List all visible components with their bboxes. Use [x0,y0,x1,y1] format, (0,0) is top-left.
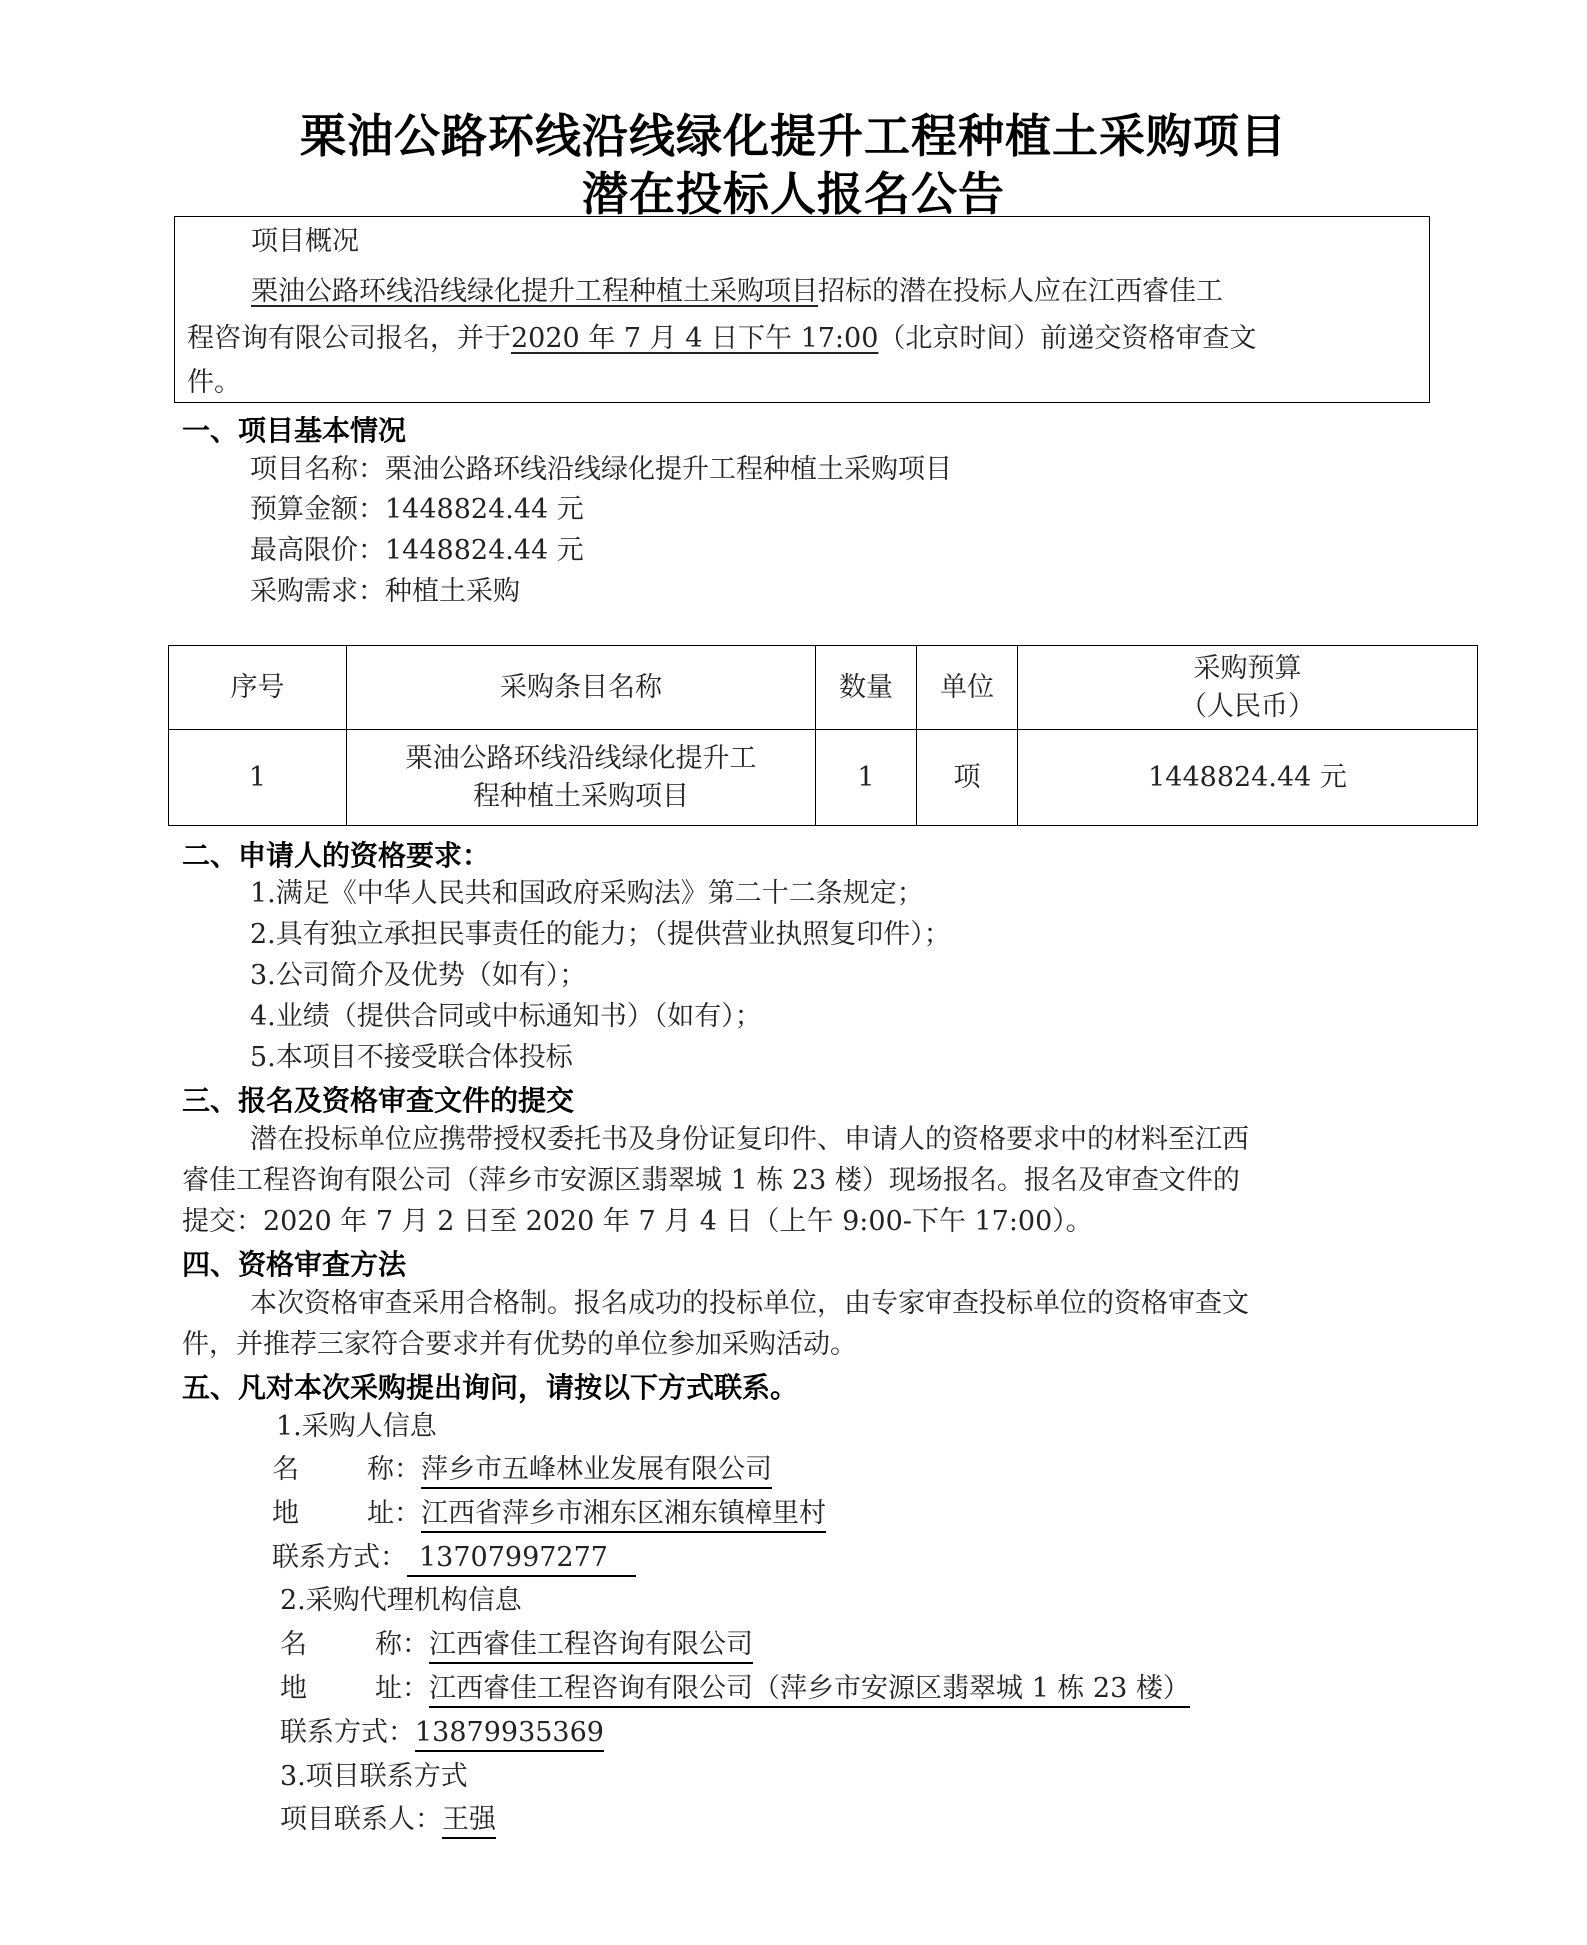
overview-line3: 件。 [187,360,241,399]
cell-quantity: 1 [816,730,917,826]
project-contact-name: 王强 [442,1803,496,1839]
field-project-name: 项目名称：栗油公路环线沿线绿化提升工程种植土采购项目 [250,450,952,490]
requirement-item-3: 3.公司简介及优势（如有）； [250,956,586,996]
submission-line2: 睿佳工程咨询有限公司（萍乡市安源区翡翠城 1 栋 23 楼）现场报名。报名及审查… [182,1161,1240,1201]
document-title-line2: 潜在投标人报名公告 [0,158,1587,224]
review-method-line1: 本次资格审查采用合格制。报名成功的投标单位，由专家审查投标单位的资格审查文 [250,1284,1249,1324]
purchaser-address: 江西省萍乡市湘东区湘东镇樟里村 [421,1497,826,1533]
submission-line1: 潜在投标单位应携带授权委托书及身份证复印件、申请人的资格要求中的材料至江西 [250,1120,1249,1160]
table-header-row: 序号 采购条目名称 数量 单位 采购预算 （人民币） [169,646,1478,730]
requirement-item-2: 2.具有独立承担民事责任的能力；（提供营业执照复印件）； [250,915,951,955]
section5-heading: 五、凡对本次采购提出询问，请按以下方式联系。 [182,1366,798,1406]
purchaser-info-heading: 1.采购人信息 [276,1407,437,1447]
section3-heading: 三、报名及资格审查文件的提交 [182,1079,574,1119]
cell-budget: 1448824.44 元 [1018,730,1478,826]
review-method-line2: 件，并推荐三家符合要求并有优势的单位参加采购活动。 [182,1325,857,1365]
header-index: 序号 [169,646,347,730]
purchaser-contact-row: 联系方式：13707997277 [272,1538,636,1578]
overview-line2: 程咨询有限公司报名，并于2020 年 7 月 4 日下午 17:00（北京时间）… [187,316,1256,355]
agency-address-row: 地址：江西睿佳工程咨询有限公司（萍乡市安源区翡翠城 1 栋 23 楼） [280,1669,1190,1709]
requirement-item-5: 5.本项目不接受联合体投标 [250,1038,573,1078]
table-row: 1 栗油公路环线沿线绿化提升工 程种植土采购项目 1 项 1448824.44 … [169,730,1478,826]
field-max-price: 最高限价：1448824.44 元 [250,531,584,571]
section1-heading: 一、项目基本情况 [182,409,406,449]
project-contact-row: 项目联系人：王强 [280,1800,496,1840]
agency-info-heading: 2.采购代理机构信息 [280,1581,522,1621]
submission-line3: 提交：2020 年 7 月 2 日至 2020 年 7 月 4 日（上午 9:0… [182,1202,1093,1242]
section4-heading: 四、资格审查方法 [182,1243,406,1283]
agency-address: 江西睿佳工程咨询有限公司（萍乡市安源区翡翠城 1 栋 23 楼） [429,1672,1190,1708]
purchaser-name-row: 名称：萍乡市五峰林业发展有限公司 [272,1450,772,1490]
purchaser-phone: 13707997277 [407,1541,636,1577]
procurement-items-table: 序号 采购条目名称 数量 单位 采购预算 （人民币） 1 栗油公路环线沿线绿化提… [168,645,1478,826]
header-unit: 单位 [917,646,1018,730]
overview-project-name: 栗油公路环线沿线绿化提升工程种植土采购项目 [251,276,818,307]
cell-item-name: 栗油公路环线沿线绿化提升工 程种植土采购项目 [347,730,816,826]
field-budget-amount: 预算金额：1448824.44 元 [250,490,584,530]
project-overview-box: 项目概况 栗油公路环线沿线绿化提升工程种植土采购项目招标的潜在投标人应在江西睿佳… [174,216,1430,403]
purchaser-name: 萍乡市五峰林业发展有限公司 [421,1453,772,1489]
cell-unit: 项 [917,730,1018,826]
agency-phone: 13879935369 [415,1716,604,1752]
header-item-name: 采购条目名称 [347,646,816,730]
overview-deadline: 2020 年 7 月 4 日下午 17:00 [511,323,878,354]
agency-name-row: 名称：江西睿佳工程咨询有限公司 [280,1625,753,1665]
cell-index: 1 [169,730,347,826]
overview-heading: 项目概况 [251,219,359,258]
requirement-item-1: 1.满足《中华人民共和国政府采购法》第二十二条规定； [250,874,924,914]
agency-name: 江西睿佳工程咨询有限公司 [429,1628,753,1664]
field-procurement-need: 采购需求：种植土采购 [250,572,520,612]
purchaser-address-row: 地址：江西省萍乡市湘东区湘东镇樟里村 [272,1494,826,1534]
project-contact-heading: 3.项目联系方式 [280,1757,468,1797]
agency-contact-row: 联系方式：13879935369 [280,1713,604,1753]
section2-heading: 二、申请人的资格要求： [182,834,490,874]
requirement-item-4: 4.业绩（提供合同或中标通知书）（如有）； [250,997,762,1037]
document-title-line1: 栗油公路环线沿线绿化提升工程种植土采购项目 [0,100,1587,166]
header-quantity: 数量 [816,646,917,730]
header-budget: 采购预算 （人民币） [1018,646,1478,730]
overview-line1: 栗油公路环线沿线绿化提升工程种植土采购项目招标的潜在投标人应在江西睿佳工 [251,269,1223,308]
